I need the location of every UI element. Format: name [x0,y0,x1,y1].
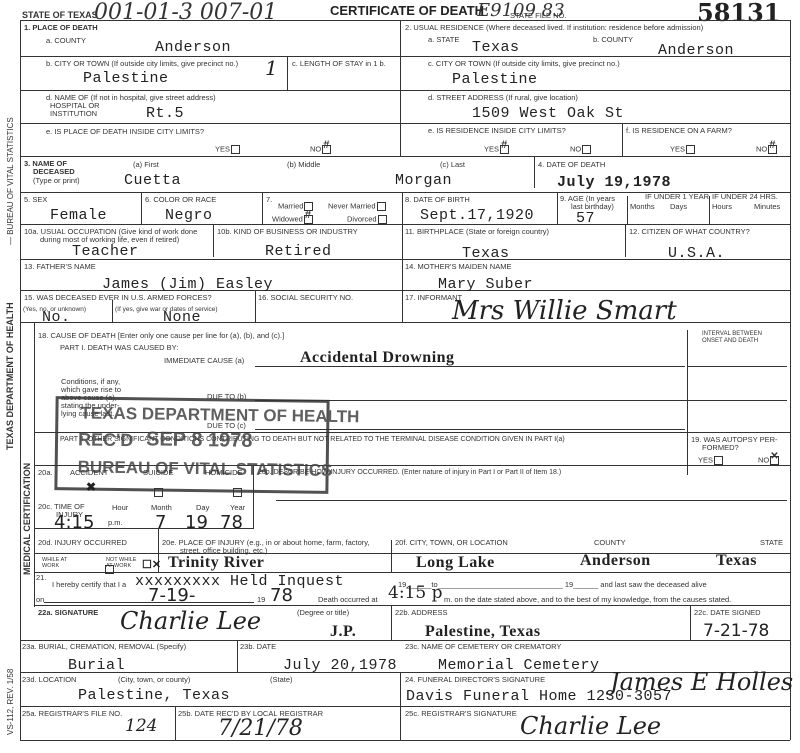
stamp-line1: TEXAS DEPARTMENT OF HEALTH [80,403,359,427]
cemetery-value: Memorial Cemetery [438,657,600,674]
father-value: James (Jim) Easley [102,276,273,293]
name-label-3: (Type or print) [33,177,80,185]
certificate-title: CERTIFICATE OF DEATH [330,3,484,18]
informant-signature: Mrs Willie Smart [452,296,677,326]
residence-farm-label: f. IS RESIDENCE ON A FARM? [626,127,732,135]
business-label: 10b. KIND OF BUSINESS OR INDUSTRY [217,228,358,236]
burial-location-value: Palestine, Texas [78,687,230,704]
residence-street-value: 1509 West Oak St [472,105,624,122]
residence-inside-limits-label: e. IS RESIDENCE INSIDE CITY LIMITS? [428,127,566,135]
registrar-file-label: 25a. REGISTRAR'S FILE NO. [22,710,122,718]
date-recd-value: 7/21/78 [218,716,303,741]
place-of-injury-value: Trinity River [168,554,264,572]
race-label: 6. COLOR OR RACE [145,196,216,204]
birthplace-label: 11. BIRTHPLACE (State or foreign country… [405,228,549,236]
state-file-label: STATE FILE NO. [510,12,566,20]
days-label: Days [670,203,687,211]
age-value: 57 [576,210,595,227]
certify-text: I hereby certify that I a [52,581,126,589]
date-signed-label: 22c. DATE SIGNED [694,609,761,617]
place-precinct-value: 1 [265,56,278,80]
injury-city-label: 20f. CITY, TOWN, OR LOCATION [395,539,508,547]
burial-method-label: 23a. BURIAL, CREMATION, REMOVAL (Specify… [22,643,186,651]
certifier-signature: Charlie Lee [120,607,261,635]
stamp-date: SEP 8 1978 [146,428,253,452]
residence-inside-yes[interactable]: YES [484,145,509,154]
first-name-value: Cuetta [124,172,181,189]
injury-city-value: Long Lake [416,554,495,572]
date-signed-value: 7-21-78 [703,621,769,641]
residence-farm-no[interactable]: NO [756,145,777,154]
residence-county-value: Anderson [658,42,734,59]
residence-city-label: c. CITY OR TOWN (If outside city limits,… [428,60,620,68]
certify-to-line: 19______to______________________________… [398,581,707,589]
injury-county-label: COUNTY [594,539,626,547]
hospital-value: Rt.5 [146,105,184,122]
date-of-death-label: 4. DATE OF DEATH [538,161,605,169]
minutes-label: Minutes [754,203,780,211]
homicide-checkbox[interactable] [233,488,242,497]
side-label-medical: MEDICAL CERTIFICATION [22,463,32,575]
immediate-cause-label: IMMEDIATE CAUSE (a) [164,357,244,365]
day-label: Day [196,504,209,512]
injury-state-value: Texas [716,552,757,570]
occupation-value: Teacher [72,243,139,260]
suicide-label: SUICIDE [143,469,173,477]
autopsy-yes[interactable]: YES [698,456,723,465]
address-label: 22b. ADDRESS [395,609,448,617]
certify-year: 78 [270,585,293,606]
hour-label: Hour [112,504,128,512]
homicide-label: HOMICIDE [205,469,243,477]
months-label: Months [630,203,655,211]
registrar-file-value: 124 [125,716,157,736]
immediate-cause-value: Accidental Drowning [300,349,455,367]
checkbox-no-checked[interactable] [768,145,777,154]
registrar-signature-label: 25c. REGISTRAR'S SIGNATURE [405,710,517,718]
accident-label: ACCIDENT [70,469,108,477]
place-inside-no[interactable]: NO [310,145,331,154]
certify-on-date: 7-19- [148,585,195,606]
residence-inside-no[interactable]: NO [570,145,591,154]
checkbox-no-checked[interactable] [322,145,331,154]
dob-value: Sept.17,1920 [420,207,534,224]
degree-value: J.P. [330,623,356,641]
widowed-option[interactable]: Widowed [272,215,313,224]
checkbox-never-married[interactable] [377,202,386,211]
hours-label: Hours [712,203,732,211]
cemetery-label: 23c. NAME OF CEMETERY OR CREMATORY [405,643,561,651]
while-at-work-label: WHILE AT WORK [42,557,72,569]
year-prefix: 19 [257,596,265,604]
autopsy-label-2: FORMED? [702,444,739,452]
dob-label: 8. DATE OF BIRTH [405,196,470,204]
side-label-form-no: VS-112, REV. 1/58 [6,669,15,735]
race-value: Negro [165,207,213,224]
certification-label: 21. [36,574,46,582]
residence-farm-yes[interactable]: YES [670,145,695,154]
autopsy-no[interactable]: NO [758,456,779,465]
not-while-at-work-label: NOT WHILE AT WORK [106,557,144,569]
place-county-value: Anderson [155,39,231,56]
under-1-year-label: IF UNDER 1 YEAR [645,193,709,201]
marital-label: 7. [266,196,272,204]
suicide-checkbox[interactable] [154,488,163,497]
divorced-option[interactable]: Divorced [347,215,387,224]
time-of-injury-value: 4:15 [54,512,94,533]
armed-forces-value: No. [42,309,71,326]
place-of-death-label: 1. PLACE OF DEATH [24,24,98,32]
cause-label: 18. CAUSE OF DEATH [Enter only one cause… [38,332,284,340]
checkbox-no[interactable] [582,145,591,154]
citizen-label: 12. CITIZEN OF WHAT COUNTRY? [629,228,750,236]
burial-method-value: Burial [68,657,125,674]
part1-label: PART I. DEATH WAS CAUSED BY: [60,344,178,352]
armed-forces-dates: None [163,309,201,326]
burial-date-label: 23b. DATE [240,643,276,651]
place-city-label: b. CITY OR TOWN (If outside city limits,… [46,60,238,68]
checkbox-yes[interactable] [231,145,240,154]
injury-state-label: STATE [760,539,783,547]
handwritten-code: 001-01-3 007-01 [94,0,277,25]
date-of-death-value: July 19,1978 [557,174,671,191]
side-label-department: TEXAS DEPARTMENT OF HEALTH [5,302,15,450]
sex-label: 5. SEX [24,196,47,204]
injury-occurred-label: 20d. INJURY OCCURRED [38,539,127,547]
month-label: Month [151,504,172,512]
residence-county-label: b. COUNTY [593,36,633,44]
place-inside-yes[interactable]: YES [215,145,240,154]
describe-injury-label: 20b. DESCRIBE HOW INJURY OCCURRED. (Ente… [258,469,561,477]
place-inside-limits-label: e. IS PLACE OF DEATH INSIDE CITY LIMITS? [46,128,204,136]
residence-label: 2. USUAL RESIDENCE (Where deceased lived… [405,24,703,32]
address-value: Palestine, Texas [425,623,541,641]
length-of-stay-label: c. LENGTH OF STAY in 1 b. [292,60,392,68]
funeral-director-signature: James E Holles [610,668,793,696]
citizen-value: U.S.A. [668,245,725,262]
ssn-label: 16. SOCIAL SECURITY NO. [258,294,353,302]
residence-state-value: Texas [472,39,520,56]
signature-label: 22a. SIGNATURE [38,609,98,617]
place-city-value: Palestine [83,70,169,87]
middle-name-label: (b) Middle [287,161,320,169]
interval-label-2: ONSET AND DEATH [702,337,758,345]
name-label-2: DECEASED [33,168,75,176]
under-24-hrs-label: IF UNDER 24 HRS. [712,193,778,201]
burial-date-value: July 20,1978 [283,657,397,674]
injury-year-value: 78 [220,512,243,533]
checkbox-yes-checked[interactable] [500,145,509,154]
funeral-director-label: 24. FUNERAL DIRECTOR'S SIGNATURE [405,676,545,684]
checkbox-divorced[interactable] [378,215,387,224]
ampm-value: p.m. [108,519,123,527]
registrar-signature: Charlie Lee [520,712,661,740]
state-label: STATE OF TEXAS [22,11,98,19]
injury-month-value: 7 [155,512,166,533]
checkbox-widowed-checked[interactable] [304,215,313,224]
residence-state-label: a. STATE [428,36,459,44]
injury-type-label: 20a. [38,469,53,477]
sex-value: Female [50,207,107,224]
burial-location-sub: (City, town, or county) [118,676,190,684]
stamp-recd: REC'D [78,429,134,451]
death-occurred-label: Death occurred at [318,596,378,604]
place-county-label: a. COUNTY [46,37,86,45]
father-label: 13. FATHER'S NAME [24,263,96,271]
certify-tail-text: m. on the date stated above, and to the … [444,596,731,604]
hospital-label-3: INSTITUTION [50,110,97,118]
mother-label: 14. MOTHER'S MAIDEN NAME [405,263,511,271]
side-label-bureau: — BUREAU OF VITAL STATISTICS [6,117,15,245]
checkbox-yes[interactable] [714,456,723,465]
checkbox-yes[interactable] [686,145,695,154]
birthplace-value: Texas [462,245,510,262]
burial-state-sub: (State) [270,676,293,684]
not-while-at-work-checkbox-checked[interactable]: ☐✕ [142,558,161,571]
business-value: Retired [265,243,332,260]
injury-county-value: Anderson [580,552,651,570]
mother-value: Mary Suber [438,276,533,293]
residence-city-value: Palestine [452,71,538,88]
death-time-value: 4:15 p [388,583,442,603]
degree-label: (Degree or title) [297,609,349,617]
last-name-label: (c) Last [440,161,465,169]
accident-checkbox-checked[interactable]: ✖ [86,480,96,494]
residence-street-label: d. STREET ADDRESS (If rural, give locati… [428,94,578,102]
armed-forces-label: 15. WAS DECEASED EVER IN U.S. ARMED FORC… [24,294,212,302]
year-label: Year [230,504,245,512]
certificate-number: 58131 [697,0,781,27]
first-name-label: (a) First [133,161,159,169]
never-married-option[interactable]: Never Married [328,202,386,211]
middle-name-value: Morgan [395,172,452,189]
checkbox-no-checked[interactable] [770,456,779,465]
burial-location-label: 23d. LOCATION [22,676,76,684]
injury-day-value: 19 [185,512,208,533]
